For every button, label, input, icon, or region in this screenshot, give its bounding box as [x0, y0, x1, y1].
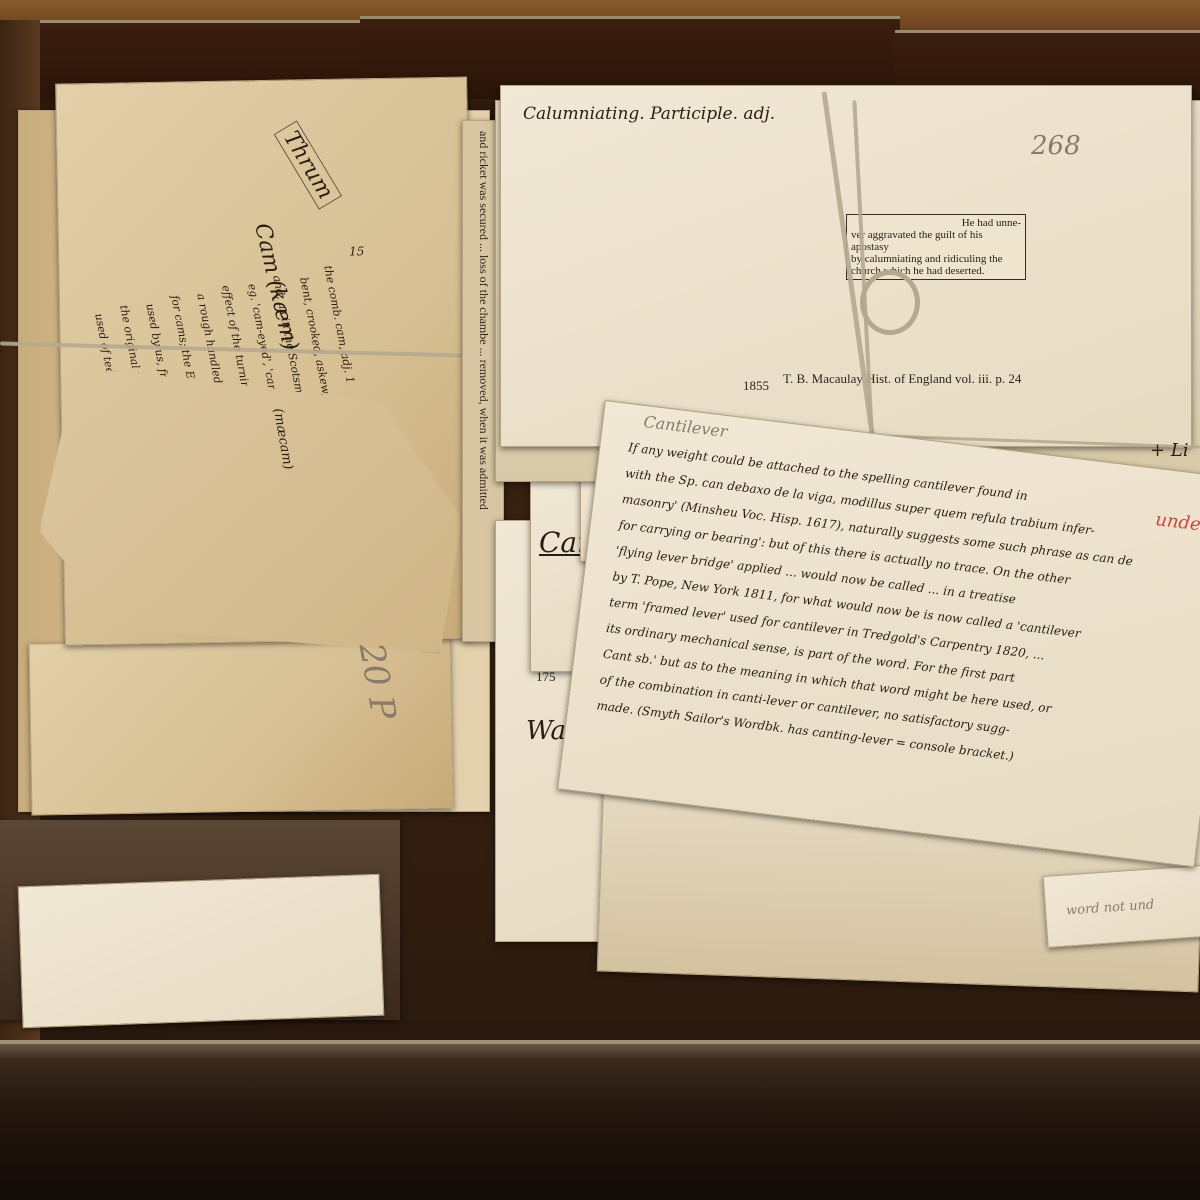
bottom-right-note: word not und — [1066, 897, 1155, 918]
left-overlay-note: (mæcam) — [270, 407, 296, 471]
printed-quotation-clipping: He had unne- ver aggravated the guilt of… — [846, 214, 1026, 280]
cantilever-text: If any weight could be attached to the s… — [595, 434, 1141, 781]
printed-edge-text: and ricket was secured ... loss of the c… — [476, 131, 491, 510]
calumniating-pencil-number: 268 — [1031, 131, 1081, 161]
citation-year: 1855 — [743, 378, 769, 394]
string-loop — [860, 270, 920, 335]
citation-text: T. B. Macaulay Hist. of England vol. iii… — [783, 371, 1021, 387]
red-annotation: under — [1154, 509, 1200, 536]
margin-annotation: + Li — [1150, 440, 1189, 461]
bottom-right-slip: word not und — [1043, 864, 1200, 948]
left-bottom-slip — [18, 874, 385, 1029]
photo-scene: Thrum Cam (kæm) 20 15 the comb. cam, adj… — [0, 0, 1200, 1200]
headword-thrum: Thrum — [274, 120, 343, 210]
box-front-wall — [0, 1040, 1200, 1200]
cantilever-slip: Cantilever under If any weight could be … — [557, 400, 1200, 867]
calumniating-headword: Calumniating. Participle. adj. — [523, 104, 775, 124]
small-note: 15 — [349, 244, 365, 258]
